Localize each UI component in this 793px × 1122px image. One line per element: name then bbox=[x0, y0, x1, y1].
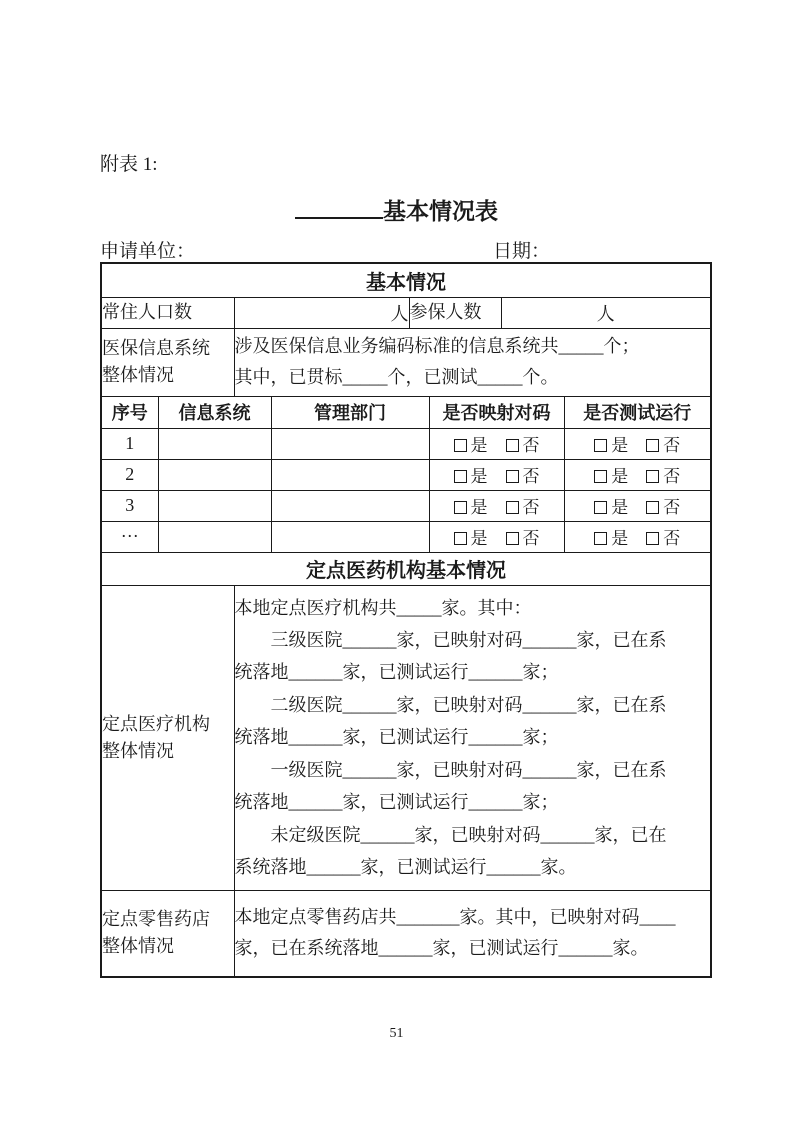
medical-institutions-row: 定点医疗机构 整体情况 本地定点医疗机构共_____家。其中： 三级医院____… bbox=[101, 585, 711, 890]
checkbox-yes[interactable]: 是 bbox=[594, 431, 628, 456]
department-cell[interactable] bbox=[271, 521, 429, 552]
system-name-cell[interactable] bbox=[158, 459, 271, 490]
table-row: 1 是否 是否 bbox=[101, 428, 711, 459]
mis-overview-label: 医保信息系统 整体情况 bbox=[101, 328, 234, 396]
pharmacy-label-line1: 定点零售药店 bbox=[102, 906, 234, 933]
date-label: 日期： bbox=[493, 236, 550, 263]
pharmacy-row: 定点零售药店 整体情况 本地定点零售药店共_______家。其中，已映射对码__… bbox=[101, 890, 711, 977]
page-number: 51 bbox=[0, 1026, 793, 1042]
checkbox-no[interactable]: 否 bbox=[646, 524, 680, 549]
checkbox-no-box[interactable] bbox=[646, 501, 659, 514]
checkbox-no[interactable]: 否 bbox=[506, 431, 540, 456]
row-seq: ··· bbox=[101, 521, 158, 552]
population-row: 常住人口数 人 参保人数 人 bbox=[101, 297, 711, 328]
mapped-checkbox-cell: 是否 bbox=[429, 521, 564, 552]
column-header-tested: 是否测试运行 bbox=[564, 396, 711, 428]
pharmacy-text-line: 家，已在系统落地______家，已测试运行______家。 bbox=[235, 933, 711, 964]
medical-text-line: 一级医院______家，已映射对码______家，已在系 bbox=[235, 754, 711, 786]
checkbox-no[interactable]: 否 bbox=[646, 493, 680, 518]
checkbox-no-box[interactable] bbox=[646, 532, 659, 545]
table-row: ··· 是否 是否 bbox=[101, 521, 711, 552]
checkbox-no-box[interactable] bbox=[506, 532, 519, 545]
checkbox-no-label: 否 bbox=[523, 467, 540, 486]
checkbox-yes[interactable]: 是 bbox=[594, 493, 628, 518]
insured-count-label: 参保人数 bbox=[409, 297, 501, 328]
section-header-institutions: 定点医药机构基本情况 bbox=[101, 552, 711, 585]
mapped-checkbox-cell: 是否 bbox=[429, 428, 564, 459]
checkbox-yes-box[interactable] bbox=[454, 439, 467, 452]
checkbox-yes-box[interactable] bbox=[454, 501, 467, 514]
system-name-cell[interactable] bbox=[158, 428, 271, 459]
mis-overview-content: 涉及医保信息业务编码标准的信息系统共_____个； 其中，已贯标_____个，已… bbox=[234, 328, 711, 396]
checkbox-yes-label: 是 bbox=[471, 467, 488, 486]
checkbox-no-label: 否 bbox=[523, 529, 540, 548]
medical-institutions-label-line2: 整体情况 bbox=[102, 738, 234, 765]
medical-text-line: 统落地______家，已测试运行______家； bbox=[235, 656, 711, 688]
document-page: 附表 1: 基本情况表 申请单位： 日期： 基本情况 常住人口数 人 参保人数 … bbox=[0, 0, 793, 1122]
medical-institutions-label-line1: 定点医疗机构 bbox=[102, 711, 234, 738]
medical-text-line: 统落地______家，已测试运行______家； bbox=[235, 721, 711, 753]
mis-overview-text-line2: 其中，已贯标_____个，已测试_____个。 bbox=[235, 362, 711, 393]
table-row: 3 是否 是否 bbox=[101, 490, 711, 521]
checkbox-no-label: 否 bbox=[523, 498, 540, 517]
checkbox-yes-box[interactable] bbox=[454, 532, 467, 545]
checkbox-yes-box[interactable] bbox=[454, 470, 467, 483]
appendix-label: 附表 1: bbox=[100, 149, 158, 176]
checkbox-no-box[interactable] bbox=[646, 439, 659, 452]
form-title-text: 基本情况表 bbox=[383, 198, 498, 224]
pharmacy-text-line: 本地定点零售药店共_______家。其中，已映射对码____ bbox=[235, 902, 711, 933]
checkbox-no-label: 否 bbox=[663, 498, 680, 517]
checkbox-no-box[interactable] bbox=[506, 439, 519, 452]
mis-overview-label-line2: 整体情况 bbox=[102, 362, 234, 389]
resident-population-value-cell: 人 bbox=[234, 297, 409, 328]
checkbox-no[interactable]: 否 bbox=[506, 493, 540, 518]
mis-overview-row: 医保信息系统 整体情况 涉及医保信息业务编码标准的信息系统共_____个； 其中… bbox=[101, 328, 711, 396]
checkbox-no-box[interactable] bbox=[646, 470, 659, 483]
system-name-cell[interactable] bbox=[158, 490, 271, 521]
column-header-department: 管理部门 bbox=[271, 396, 429, 428]
mis-overview-label-line1: 医保信息系统 bbox=[102, 335, 234, 362]
meta-row: 申请单位： 日期： bbox=[100, 236, 710, 263]
row-seq: 2 bbox=[101, 459, 158, 490]
checkbox-yes-label: 是 bbox=[471, 529, 488, 548]
column-header-system: 信息系统 bbox=[158, 396, 271, 428]
checkbox-no[interactable]: 否 bbox=[506, 462, 540, 487]
checkbox-yes[interactable]: 是 bbox=[454, 462, 488, 487]
checkbox-yes-label: 是 bbox=[611, 529, 628, 548]
tested-checkbox-cell: 是否 bbox=[564, 521, 711, 552]
checkbox-no-label: 否 bbox=[523, 436, 540, 455]
checkbox-yes-box[interactable] bbox=[594, 532, 607, 545]
checkbox-yes[interactable]: 是 bbox=[594, 462, 628, 487]
medical-institutions-content: 本地定点医疗机构共_____家。其中： 三级医院______家，已映射对码___… bbox=[234, 585, 711, 890]
checkbox-no[interactable]: 否 bbox=[506, 524, 540, 549]
checkbox-yes[interactable]: 是 bbox=[454, 493, 488, 518]
checkbox-no[interactable]: 否 bbox=[646, 462, 680, 487]
pharmacy-content: 本地定点零售药店共_______家。其中，已映射对码____ 家，已在系统落地_… bbox=[234, 890, 711, 977]
column-header-mapped: 是否映射对码 bbox=[429, 396, 564, 428]
checkbox-no-label: 否 bbox=[663, 467, 680, 486]
checkbox-no-box[interactable] bbox=[506, 501, 519, 514]
tested-checkbox-cell: 是否 bbox=[564, 428, 711, 459]
insured-count-value-cell: 人 bbox=[501, 297, 711, 328]
medical-text-line: 统落地______家，已测试运行______家； bbox=[235, 786, 711, 818]
checkbox-yes-label: 是 bbox=[471, 498, 488, 517]
checkbox-yes-box[interactable] bbox=[594, 470, 607, 483]
medical-text-line: 本地定点医疗机构共_____家。其中： bbox=[235, 592, 711, 624]
system-name-cell[interactable] bbox=[158, 521, 271, 552]
medical-text-line: 三级医院______家，已映射对码______家，已在系 bbox=[235, 624, 711, 656]
checkbox-no-box[interactable] bbox=[506, 470, 519, 483]
title-fill-in-blank bbox=[295, 194, 383, 219]
tested-checkbox-cell: 是否 bbox=[564, 459, 711, 490]
checkbox-yes-label: 是 bbox=[471, 436, 488, 455]
pharmacy-label: 定点零售药店 整体情况 bbox=[101, 890, 234, 977]
tested-checkbox-cell: 是否 bbox=[564, 490, 711, 521]
checkbox-yes-label: 是 bbox=[611, 498, 628, 517]
applicant-label: 申请单位： bbox=[100, 241, 195, 262]
row-seq: 1 bbox=[101, 428, 158, 459]
department-cell[interactable] bbox=[271, 490, 429, 521]
medical-text-line: 未定级医院______家，已映射对码______家，已在 bbox=[235, 819, 711, 851]
checkbox-yes[interactable]: 是 bbox=[594, 524, 628, 549]
checkbox-yes[interactable]: 是 bbox=[454, 431, 488, 456]
info-systems-header-row: 序号 信息系统 管理部门 是否映射对码 是否测试运行 bbox=[101, 396, 711, 428]
column-header-seq: 序号 bbox=[101, 396, 158, 428]
checkbox-yes-label: 是 bbox=[611, 436, 628, 455]
resident-population-label: 常住人口数 bbox=[101, 297, 234, 328]
checkbox-yes[interactable]: 是 bbox=[454, 524, 488, 549]
checkbox-no-label: 否 bbox=[663, 436, 680, 455]
checkbox-no-label: 否 bbox=[663, 529, 680, 548]
mis-overview-text-line1: 涉及医保信息业务编码标准的信息系统共_____个； bbox=[235, 331, 711, 362]
department-cell[interactable] bbox=[271, 459, 429, 490]
medical-text-line: 系统落地______家，已测试运行______家。 bbox=[235, 851, 711, 883]
department-cell[interactable] bbox=[271, 428, 429, 459]
mapped-checkbox-cell: 是否 bbox=[429, 490, 564, 521]
checkbox-yes-box[interactable] bbox=[594, 501, 607, 514]
table-row: 2 是否 是否 bbox=[101, 459, 711, 490]
medical-text-line: 二级医院______家，已映射对码______家，已在系 bbox=[235, 689, 711, 721]
row-seq: 3 bbox=[101, 490, 158, 521]
pharmacy-label-line2: 整体情况 bbox=[102, 933, 234, 960]
form-title: 基本情况表 bbox=[0, 193, 793, 226]
medical-institutions-label: 定点医疗机构 整体情况 bbox=[101, 585, 234, 890]
section-header-basic: 基本情况 bbox=[101, 263, 711, 297]
mapped-checkbox-cell: 是否 bbox=[429, 459, 564, 490]
checkbox-yes-label: 是 bbox=[611, 467, 628, 486]
checkbox-no[interactable]: 否 bbox=[646, 431, 680, 456]
basic-info-table: 基本情况 常住人口数 人 参保人数 人 医保信息系统 整体情况 涉及医保信息业务… bbox=[100, 262, 712, 978]
checkbox-yes-box[interactable] bbox=[594, 439, 607, 452]
